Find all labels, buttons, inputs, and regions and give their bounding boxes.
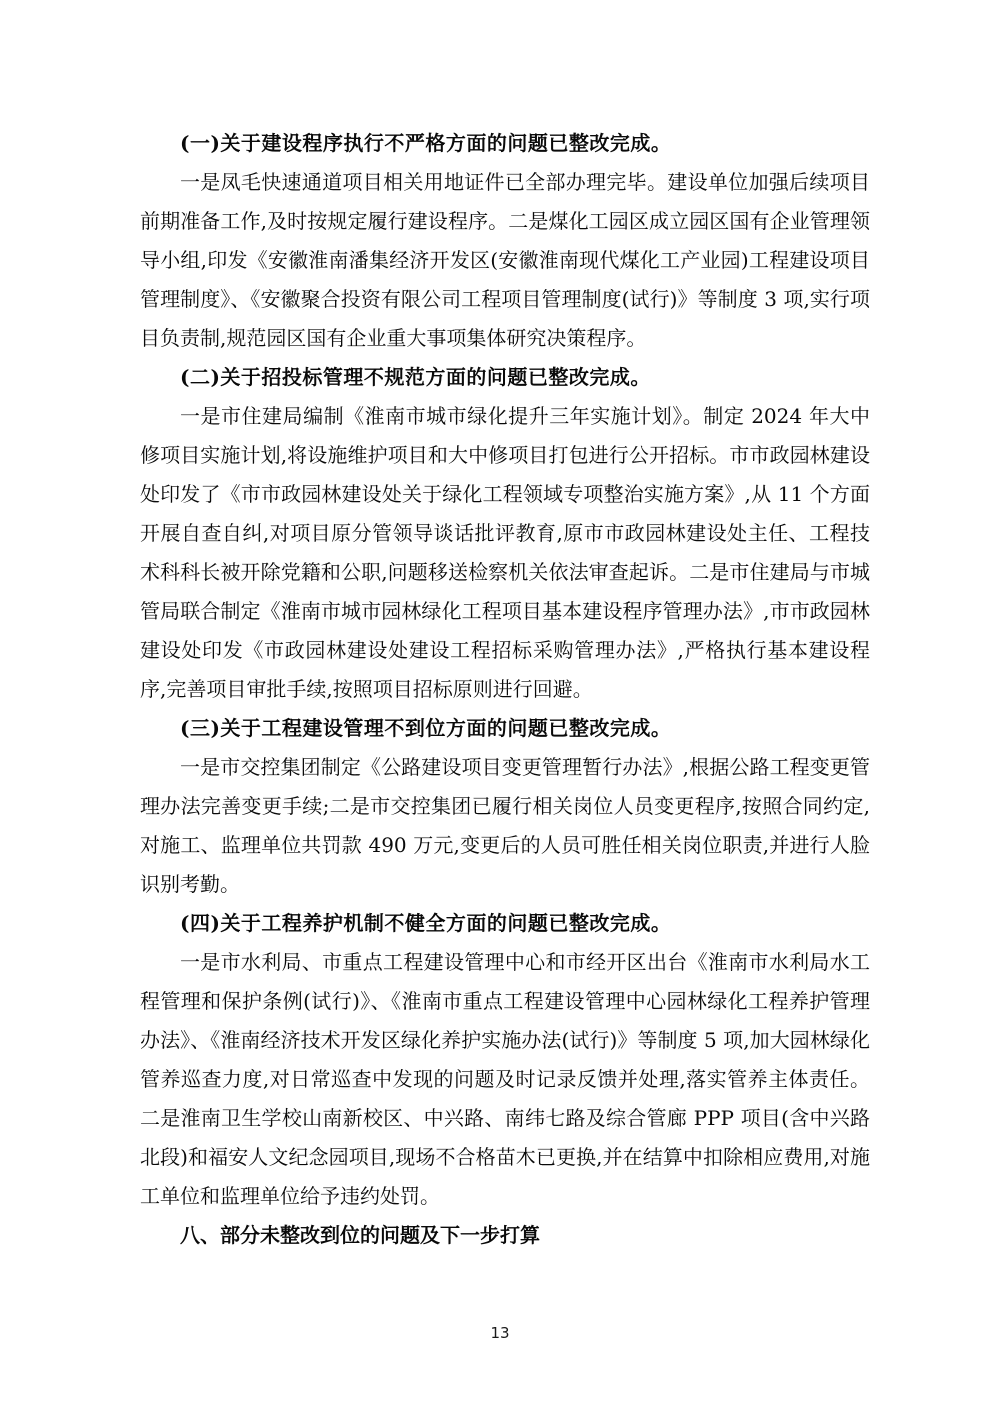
report-section: (一)关于建设程序执行不严格方面的问题已整改完成。 一是凤毛快速通道项目相关用地…	[140, 124, 870, 358]
closing-section-heading: 八、部分未整改到位的问题及下一步打算	[140, 1216, 870, 1255]
section-heading: (四)关于工程养护机制不健全方面的问题已整改完成。	[140, 904, 870, 943]
section-paragraphs: 一是凤毛快速通道项目相关用地证件已全部办理完毕。建设单位加强后续项目前期准备工作…	[140, 163, 870, 358]
report-section: (四)关于工程养护机制不健全方面的问题已整改完成。 一是市水利局、市重点工程建设…	[140, 904, 870, 1216]
section-paragraphs: 一是市交控集团制定《公路建设项目变更管理暂行办法》,根据公路工程变更管理办法完善…	[140, 748, 870, 904]
section-paragraphs: 一是市水利局、市重点工程建设管理中心和市经开区出台《淮南市水利局水工程管理和保护…	[140, 943, 870, 1216]
section-heading: (一)关于建设程序执行不严格方面的问题已整改完成。	[140, 124, 870, 163]
sections: (一)关于建设程序执行不严格方面的问题已整改完成。 一是凤毛快速通道项目相关用地…	[140, 124, 870, 1216]
page-number: 13	[0, 1324, 1000, 1342]
document-page: (一)关于建设程序执行不严格方面的问题已整改完成。 一是凤毛快速通道项目相关用地…	[0, 0, 1000, 1415]
report-section: (三)关于工程建设管理不到位方面的问题已整改完成。 一是市交控集团制定《公路建设…	[140, 709, 870, 904]
body-paragraph: 一是市住建局编制《淮南市城市绿化提升三年实施计划》。制定 2024 年大中修项目…	[140, 397, 870, 709]
body-paragraph: 一是市交控集团制定《公路建设项目变更管理暂行办法》,根据公路工程变更管理办法完善…	[140, 748, 870, 904]
section-heading: (三)关于工程建设管理不到位方面的问题已整改完成。	[140, 709, 870, 748]
section-heading: (二)关于招投标管理不规范方面的问题已整改完成。	[140, 358, 870, 397]
report-section: (二)关于招投标管理不规范方面的问题已整改完成。 一是市住建局编制《淮南市城市绿…	[140, 358, 870, 709]
body-paragraph: 一是凤毛快速通道项目相关用地证件已全部办理完毕。建设单位加强后续项目前期准备工作…	[140, 163, 870, 358]
body-paragraph: 一是市水利局、市重点工程建设管理中心和市经开区出台《淮南市水利局水工程管理和保护…	[140, 943, 870, 1216]
document-body: (一)关于建设程序执行不严格方面的问题已整改完成。 一是凤毛快速通道项目相关用地…	[140, 124, 870, 1255]
section-paragraphs: 一是市住建局编制《淮南市城市绿化提升三年实施计划》。制定 2024 年大中修项目…	[140, 397, 870, 709]
